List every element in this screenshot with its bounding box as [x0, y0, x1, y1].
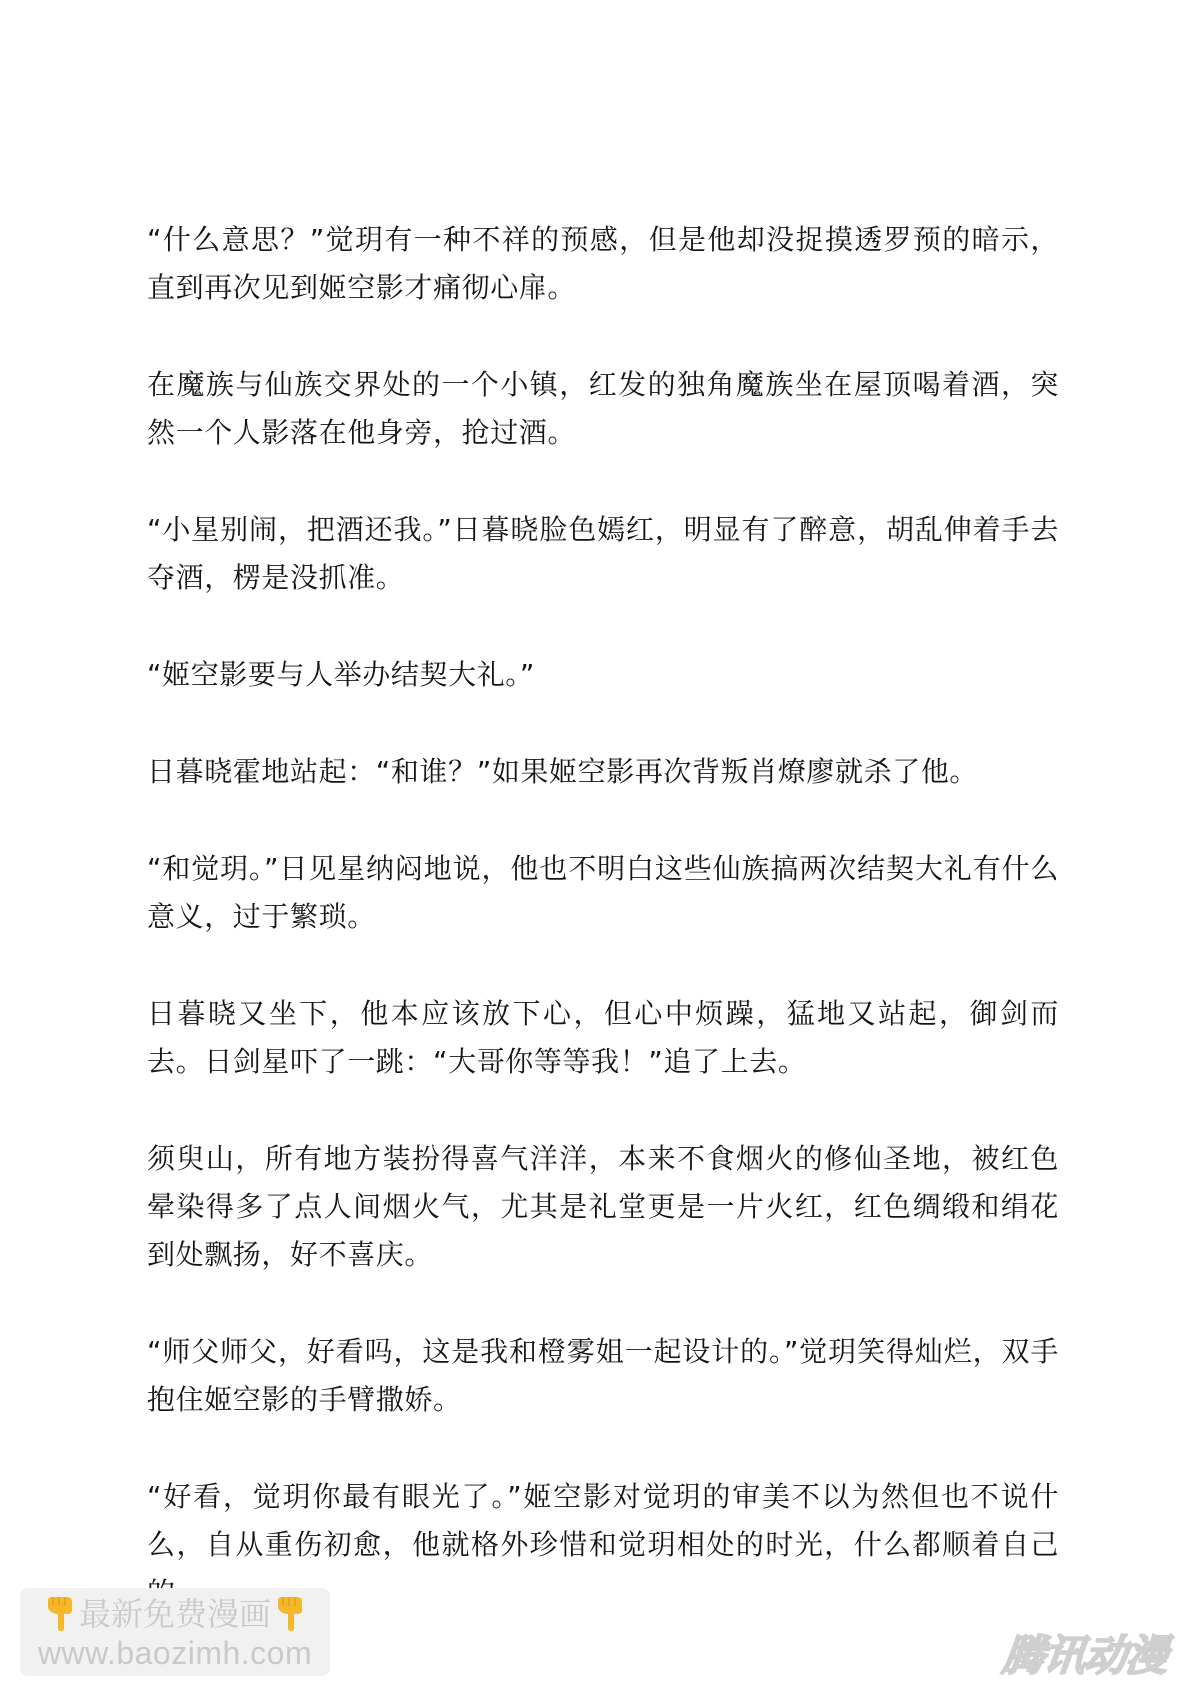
story-text: “什么意思？”觉玥有一种不祥的预感，但是他却没捉摸透罗预的暗示，直到再次见到姬空…: [147, 216, 1059, 1666]
watermark-headline: 最新免费漫画: [20, 1594, 330, 1634]
paragraph: “姬空影要与人举办结契大礼。”: [147, 651, 1059, 699]
site-watermark: 最新免费漫画 www.baozimh.com: [20, 1588, 330, 1676]
paragraph: “和觉玥。”日见星纳闷地说，他也不明白这些仙族搞两次结契大礼有什么意义，过于繁琐…: [147, 845, 1059, 941]
paragraph: 在魔族与仙族交界处的一个小镇，红发的独角魔族坐在屋顶喝着酒，突然一个人影落在他身…: [147, 361, 1059, 457]
paragraph: “师父师父，好看吗，这是我和橙雾姐一起设计的。”觉玥笑得灿烂，双手抱住姬空影的手…: [147, 1328, 1059, 1424]
tencent-comics-logo: 腾讯动漫: [990, 1626, 1180, 1680]
logo-text: 腾讯动漫: [1000, 1623, 1170, 1683]
paragraph: 日暮晓霍地站起：“和谁？”如果姬空影再次背叛肖燎廖就杀了他。: [147, 748, 1059, 796]
watermark-url: www.baozimh.com: [20, 1634, 330, 1672]
paragraph: 日暮晓又坐下，他本应该放下心，但心中烦躁，猛地又站起，御剑而去。日剑星吓了一跳：…: [147, 990, 1059, 1086]
comic-text-page: “什么意思？”觉玥有一种不祥的预感，但是他却没捉摸透罗预的暗示，直到再次见到姬空…: [0, 0, 1200, 1698]
paragraph: “小星别闹，把酒还我。”日暮晓脸色嫣红，明显有了醉意，胡乱伸着手去夺酒，楞是没抓…: [147, 506, 1059, 602]
paragraph: “什么意思？”觉玥有一种不祥的预感，但是他却没捉摸透罗预的暗示，直到再次见到姬空…: [147, 216, 1059, 312]
watermark-headline-text: 最新免费漫画: [79, 1594, 271, 1634]
pointing-down-hand-icon: [275, 1596, 305, 1632]
paragraph: 须臾山，所有地方装扮得喜气洋洋，本来不食烟火的修仙圣地，被红色晕染得多了点人间烟…: [147, 1135, 1059, 1279]
pointing-down-hand-icon: [45, 1596, 75, 1632]
